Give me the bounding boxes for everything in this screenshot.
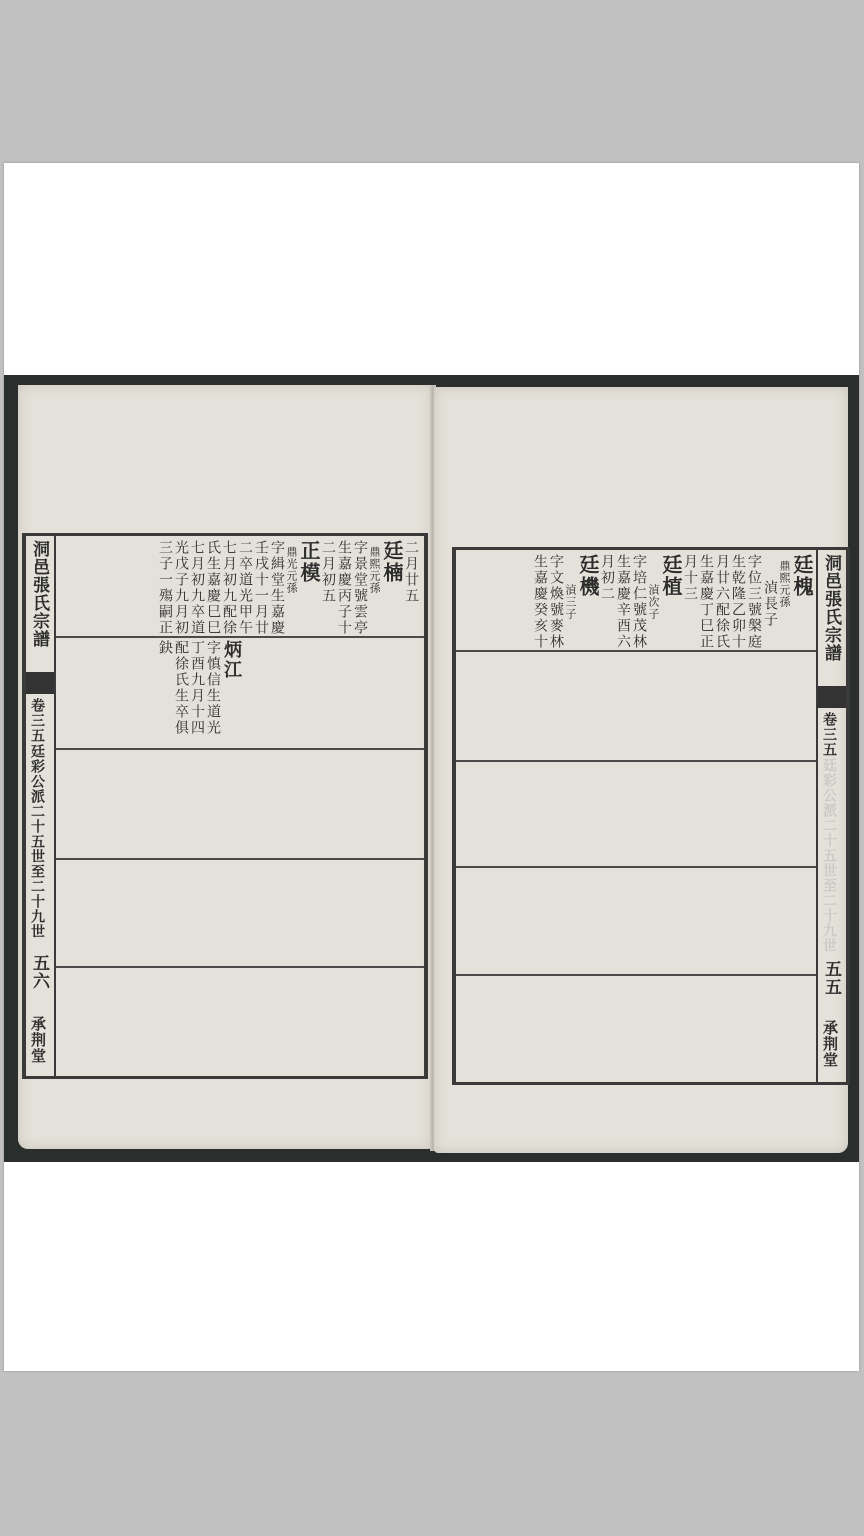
section-label: 廷彩公派二十五世至二十九世: [822, 758, 836, 953]
lineage-note: 鼎熙元孫: [779, 560, 790, 608]
row-divider: [456, 650, 816, 652]
entry-text-column: 氏生嘉慶巳巳: [206, 540, 220, 636]
entry-text-column: 字景堂號雲亭: [353, 540, 367, 636]
entry-text-column: 生嘉慶丙子十: [337, 540, 351, 636]
entry-text-column: 字培仁號茂林: [632, 554, 646, 650]
row-divider: [456, 974, 816, 976]
entry-text-column: 生嘉慶癸亥十: [533, 554, 547, 650]
entry-text-column: 光戊子九月初: [174, 540, 188, 636]
row-divider: [456, 866, 816, 868]
volume-label: 卷三五: [30, 698, 44, 743]
right-page-margin: 洞邑張氏宗譜 卷三五 廷彩公派二十五世至二十九世 五五 承荆堂: [816, 550, 846, 1082]
row-divider: [56, 748, 424, 750]
person-entry-zheng-mo: 正模 鼎光元孫: [286, 540, 319, 594]
generation-row-2: 炳江 字慎信生道光 丁酉九月十四 配徐氏生卒俱 鈌: [158, 640, 240, 736]
left-page-margin: 洞邑張氏宗譜 卷三五 廷彩公派二十五世至二十九世 五六 承荆堂: [26, 536, 56, 1076]
fish-tail-mark: [818, 686, 846, 708]
entry-text-column: 湞長子: [763, 580, 777, 628]
row-divider: [456, 760, 816, 762]
person-name: 廷楠: [382, 540, 402, 594]
entry-text-column: 三子一殤嗣正: [158, 540, 172, 636]
right-page-table-frame: 洞邑張氏宗譜 卷三五 廷彩公派二十五世至二十九世 五五 承荆堂 廷槐 鼎熙元孫 …: [452, 547, 850, 1085]
row-divider: [56, 636, 424, 638]
row-divider: [56, 858, 424, 860]
left-page: 洞邑張氏宗譜 卷三五 廷彩公派二十五世至二十九世 五六 承荆堂 二月廿五 廷楠 …: [18, 385, 432, 1149]
person-entry-ting-zhi: 廷植 湞次子: [648, 554, 681, 620]
section-label: 廷彩公派二十五世至二十九世: [30, 744, 44, 939]
person-entry-ting-huai: 廷槐 鼎熙元孫: [779, 554, 812, 608]
entry-text-column: 生嘉慶辛酉六: [616, 554, 630, 650]
entry-text-column: 字慎信生道光: [206, 640, 220, 736]
left-page-table-frame: 洞邑張氏宗譜 卷三五 廷彩公派二十五世至二十九世 五六 承荆堂 二月廿五 廷楠 …: [22, 533, 428, 1079]
lineage-note: 鼎熙元孫: [369, 546, 380, 594]
fish-tail-mark: [26, 672, 54, 694]
entry-text-column: 丁酉九月十四: [190, 640, 204, 736]
lineage-note: 湞三子: [565, 584, 576, 620]
entry-text-column: 月廿六配徐氏: [715, 554, 729, 650]
hall-name: 承荆堂: [822, 1020, 837, 1068]
entry-text-column: 七月初九卒道: [190, 540, 204, 636]
right-page: 洞邑張氏宗譜 卷三五 廷彩公派二十五世至二十九世 五五 承荆堂 廷槐 鼎熙元孫 …: [434, 387, 848, 1153]
page-number: 五五: [822, 960, 839, 996]
lineage-note: 鼎光元孫: [286, 546, 297, 594]
entry-text-column: 配徐氏生卒俱: [174, 640, 188, 736]
hall-name: 承荆堂: [30, 1016, 45, 1064]
entry-text-column: 月初二: [600, 554, 614, 602]
person-entry-ting-ji: 廷機 湞三子: [565, 554, 598, 620]
person-name: 廷機: [578, 554, 598, 620]
entry-text-column: 字文煥號麥林: [549, 554, 563, 650]
person-name: 廷植: [661, 554, 681, 620]
row-divider: [56, 966, 424, 968]
entry-text-column: 生嘉慶丁巳正: [699, 554, 713, 650]
scanned-book-spread[interactable]: 洞邑張氏宗譜 卷三五 廷彩公派二十五世至二十九世 五六 承荆堂 二月廿五 廷楠 …: [4, 375, 859, 1162]
entry-text-column: 二月廿五: [404, 540, 418, 604]
entry-text-column: 二卒道光甲午: [238, 540, 252, 636]
entry-text-column: 生乾隆乙卯十: [731, 554, 745, 650]
person-entry-ting-nan: 廷楠 鼎熙元孫: [369, 540, 402, 594]
entry-text-column: 七月初九配徐: [222, 540, 236, 636]
entry-text-column: 二月初五: [321, 540, 335, 604]
person-name: 廷槐: [792, 554, 812, 608]
page-number: 五六: [30, 954, 47, 990]
entry-text-column: 壬戌十一月廿: [254, 540, 268, 636]
generation-row-1: 二月廿五 廷楠 鼎熙元孫 字景堂號雲亭 生嘉慶丙子十 二月初五 正模 鼎光元孫 …: [158, 540, 418, 636]
entry-text-column: 鈌: [158, 640, 172, 656]
entry-text-column: 字位三號槃庭: [747, 554, 761, 650]
generation-row-1: 廷槐 鼎熙元孫 湞長子 字位三號槃庭 生乾隆乙卯十 月廿六配徐氏 生嘉慶丁巳正 …: [533, 554, 812, 650]
entry-text-column: 月十三: [683, 554, 697, 602]
lineage-note: 湞次子: [648, 584, 659, 620]
person-name: 炳江: [222, 640, 240, 680]
entry-text-column: 字緝堂生嘉慶: [270, 540, 284, 636]
volume-label: 卷三五: [822, 712, 836, 757]
book-title: 洞邑張氏宗譜: [822, 554, 839, 662]
book-title: 洞邑張氏宗譜: [30, 540, 47, 648]
person-name: 正模: [299, 540, 319, 594]
